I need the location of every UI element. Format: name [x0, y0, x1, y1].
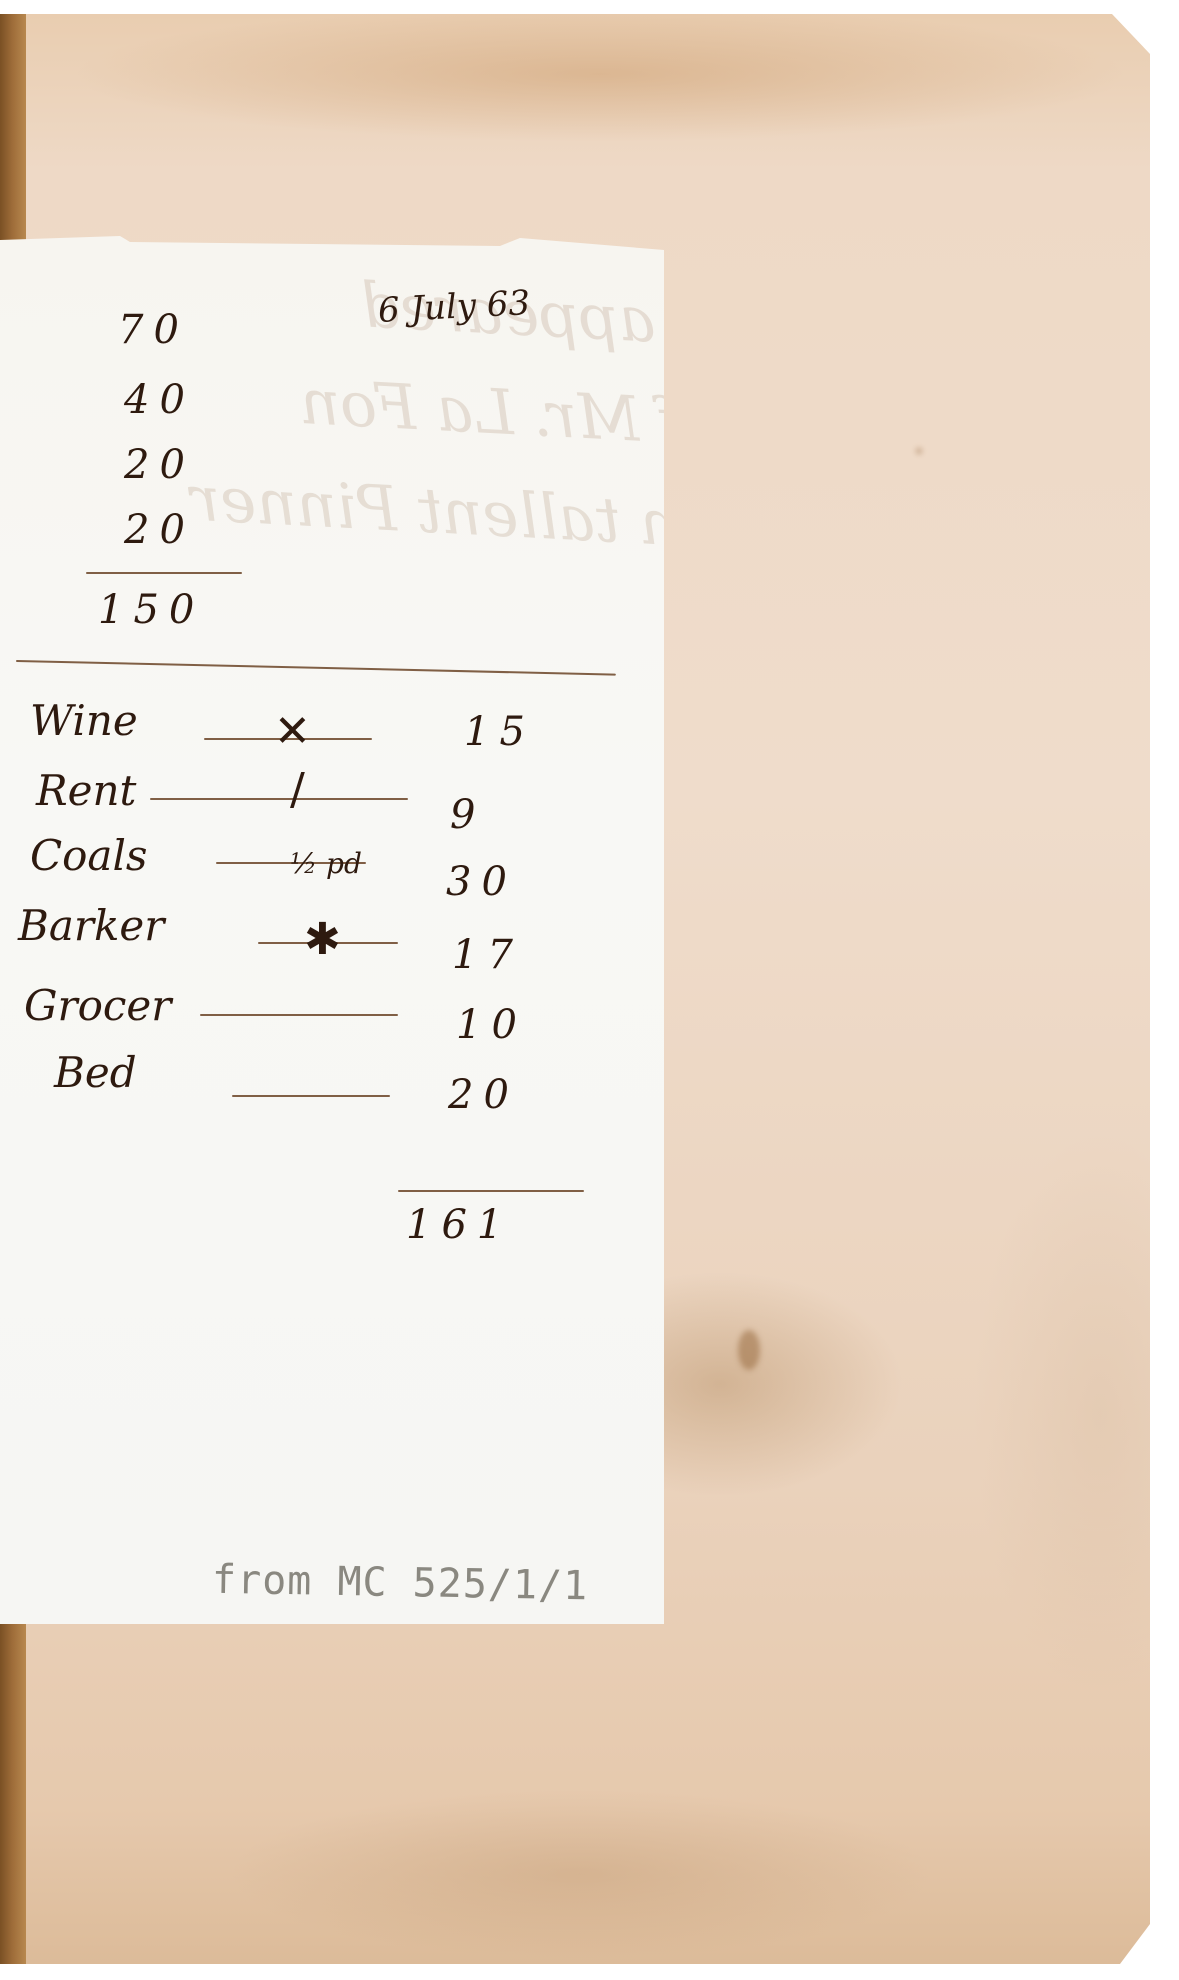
sum-item: 70	[118, 310, 189, 350]
sum-total: 150	[98, 590, 204, 630]
expense-leader	[200, 1014, 398, 1016]
expense-label: Coals	[30, 835, 147, 877]
expense-amount: 20	[448, 1075, 519, 1115]
expense-amount: 10	[456, 1005, 527, 1045]
expense-leader	[232, 1095, 390, 1097]
total-rule	[398, 1190, 584, 1192]
expenses-total: 161	[406, 1205, 512, 1245]
tick-mark-icon: /	[290, 768, 305, 812]
foxing-stain	[916, 448, 922, 454]
expense-amount: 17	[452, 935, 523, 975]
half-paid-note: ½ pd	[290, 850, 362, 878]
star-mark-icon: ✱	[304, 918, 341, 962]
expense-label: Barker	[18, 905, 164, 947]
sum-item: 20	[124, 510, 195, 550]
reverse-show-through: of Mr. La Fon	[298, 365, 722, 460]
expense-amount: 30	[446, 862, 517, 902]
expense-label: Rent	[36, 770, 136, 812]
expense-amount: 9	[450, 795, 485, 835]
expense-label: Wine	[30, 700, 138, 742]
expense-label: Bed	[54, 1052, 137, 1094]
expense-amount: 15	[464, 712, 535, 752]
archive-reference: from MC 525/1/1	[212, 1557, 589, 1610]
reverse-show-through: fan tallent Pinner	[188, 462, 741, 564]
cross-mark-icon: ✕	[274, 710, 311, 754]
sum-item: 40	[124, 380, 195, 420]
sum-rule	[86, 572, 242, 574]
foxing-stain	[738, 1330, 760, 1370]
note-date: 6 July 63	[377, 286, 531, 328]
sum-item: 20	[124, 445, 195, 485]
expense-leader	[150, 798, 408, 800]
expense-label: Grocer	[24, 985, 171, 1027]
